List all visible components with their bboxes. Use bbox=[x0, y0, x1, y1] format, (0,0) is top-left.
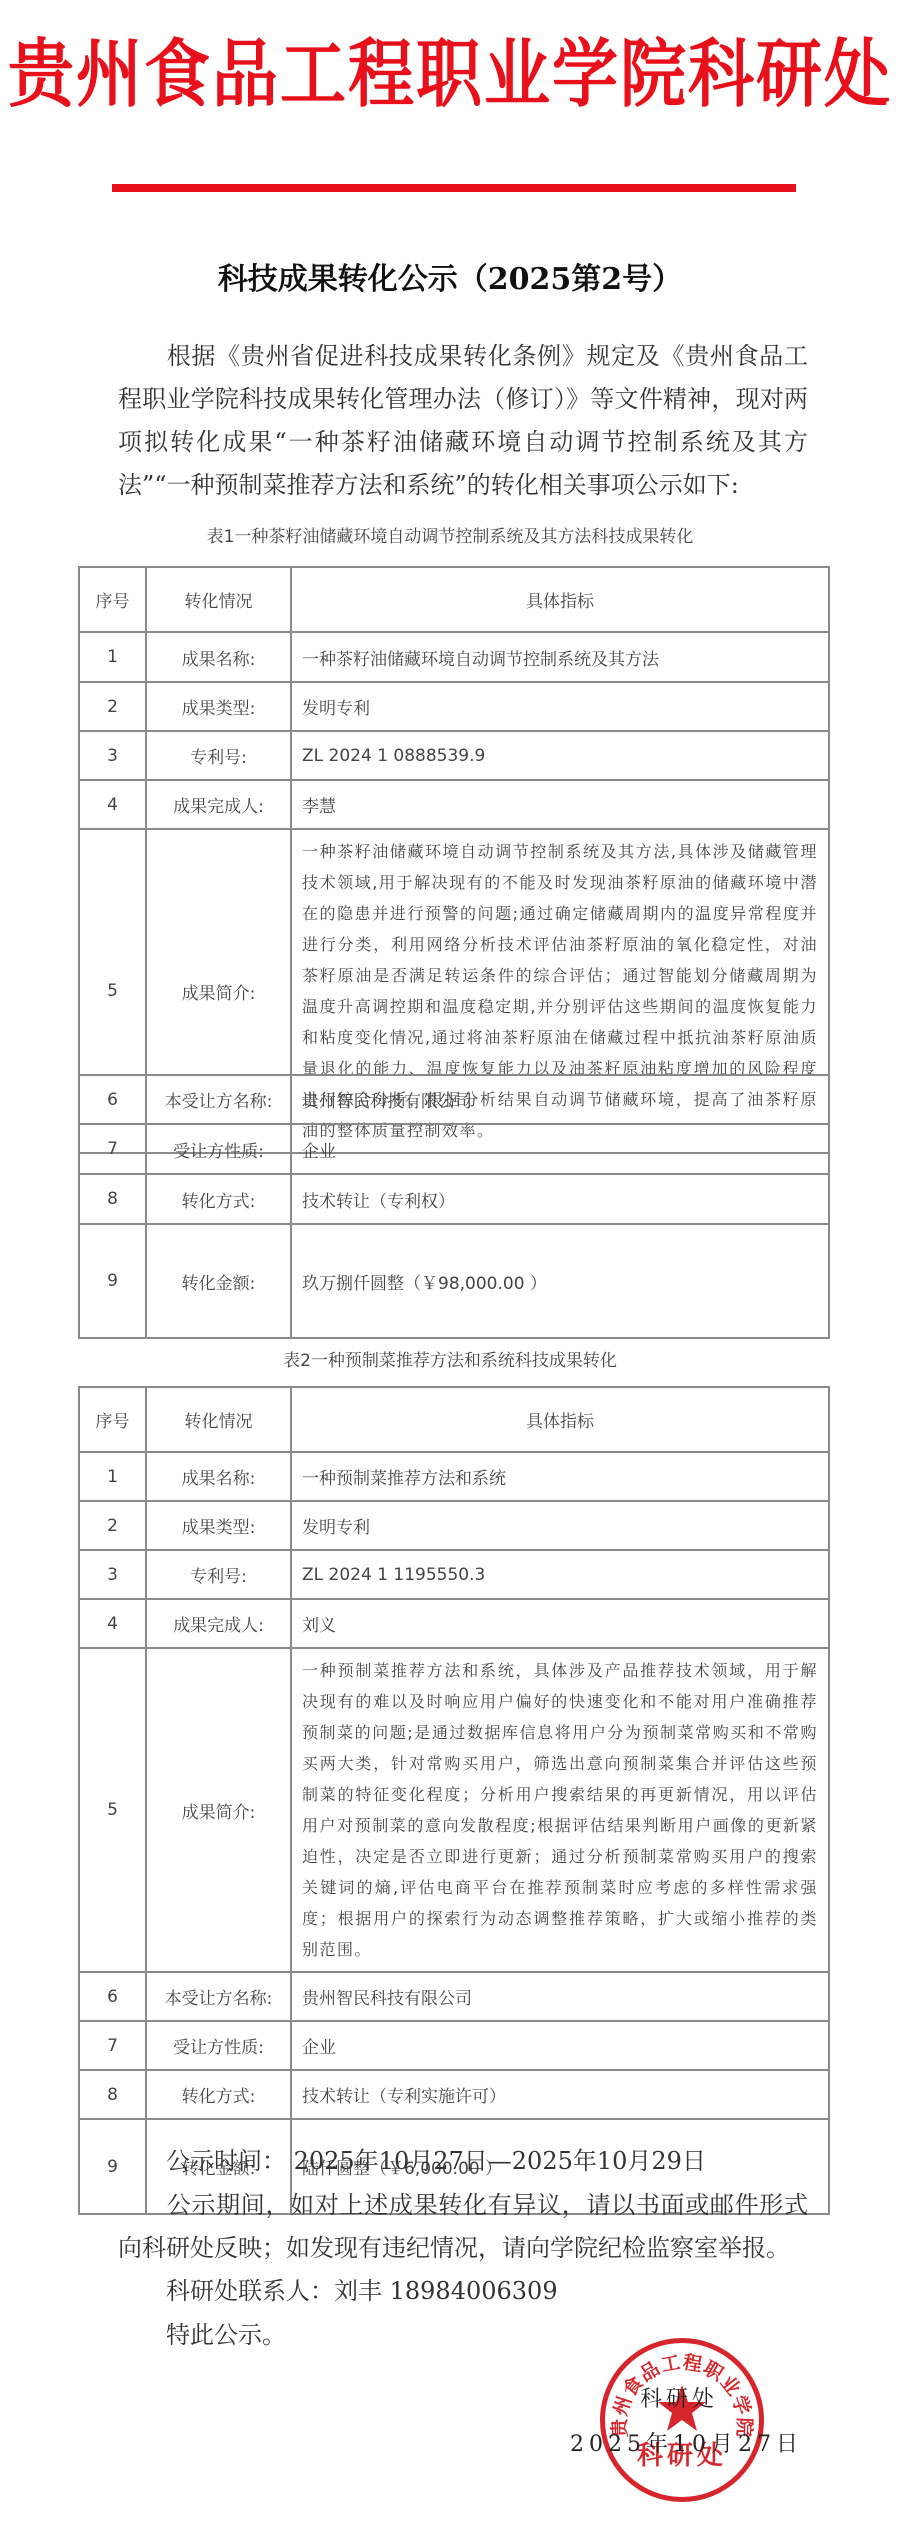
table2-caption: 表2一种预制菜推荐方法和系统科技成果转化 bbox=[0, 1349, 900, 1373]
row-no: 4 bbox=[79, 780, 146, 829]
row-no: 1 bbox=[79, 632, 146, 682]
row-no: 3 bbox=[79, 1550, 146, 1599]
table-row: 2 成果类型: 发明专利 bbox=[79, 682, 829, 731]
table-row: 1 成果名称: 一种预制菜推荐方法和系统 bbox=[79, 1452, 829, 1501]
header-red-divider bbox=[112, 184, 796, 192]
row-value: 发明专利 bbox=[291, 1501, 829, 1550]
table-row: 7 受让方性质: 企业 bbox=[79, 2021, 829, 2070]
row-value: 一种预制菜推荐方法和系统 bbox=[291, 1452, 829, 1501]
col-header-value: 具体指标 bbox=[291, 1387, 829, 1452]
intro-paragraph-text: 根据《贵州省促进科技成果转化条例》规定及《贵州食品工程职业学院科技成果转化管理办… bbox=[118, 342, 808, 499]
row-value: 李慧 bbox=[291, 780, 829, 829]
table1-part2: 6 本受让方名称: 贵州智民科技有限公司 7 受让方性质: 企业 8 转化方式:… bbox=[78, 1074, 830, 1339]
objection-paragraph: 公示期间，如对上述成果转化有异议，请以书面或邮件形式向科研处反映；如发现有违纪情… bbox=[118, 2184, 808, 2270]
table-row: 6 本受让方名称: 贵州智民科技有限公司 bbox=[79, 1075, 829, 1124]
row-no: 7 bbox=[79, 2021, 146, 2070]
row-value: ZL 2024 1 1195550.3 bbox=[291, 1550, 829, 1599]
row-value: 贵州智民科技有限公司 bbox=[291, 1075, 829, 1124]
table-row: 6 本受让方名称: 贵州智民科技有限公司 bbox=[79, 1972, 829, 2021]
col-header-no: 序号 bbox=[79, 567, 146, 632]
row-value: 贵州智民科技有限公司 bbox=[291, 1972, 829, 2021]
row-value: 企业 bbox=[291, 2021, 829, 2070]
row-item: 成果名称: bbox=[146, 632, 291, 682]
document-title: 科技成果转化公示（2025第2号） bbox=[0, 258, 900, 302]
table-row: 4 成果完成人: 刘义 bbox=[79, 1599, 829, 1648]
row-item: 成果完成人: bbox=[146, 780, 291, 829]
col-header-value: 具体指标 bbox=[291, 567, 829, 632]
col-header-item: 转化情况 bbox=[146, 567, 291, 632]
row-item: 成果简介: bbox=[146, 1648, 291, 1972]
row-amount: 玖万捌仟圆整（￥98,000.00 ） bbox=[291, 1224, 829, 1338]
row-no: 7 bbox=[79, 1124, 146, 1174]
row-no: 3 bbox=[79, 731, 146, 780]
table-row: 8 转化方式: 技术转让（专利权） bbox=[79, 1174, 829, 1224]
row-item: 转化方式: bbox=[146, 2070, 291, 2119]
table-row: 4 成果完成人: 李慧 bbox=[79, 780, 829, 829]
table-row: 3 专利号: ZL 2024 1 0888539.9 bbox=[79, 731, 829, 780]
table-row: 5 成果简介: 一种预制菜推荐方法和系统，具体涉及产品推荐技术领域，用于解决现有… bbox=[79, 1648, 829, 1972]
row-item: 成果完成人: bbox=[146, 1599, 291, 1648]
table-row: 3 专利号: ZL 2024 1 1195550.3 bbox=[79, 1550, 829, 1599]
table1-header-row: 序号 转化情况 具体指标 bbox=[79, 567, 829, 632]
row-item: 受让方性质: bbox=[146, 1124, 291, 1174]
row-no: 8 bbox=[79, 2070, 146, 2119]
row-no: 6 bbox=[79, 1972, 146, 2021]
row-item: 转化金额: bbox=[146, 1224, 291, 1338]
table-row: 8 转化方式: 技术转让（专利实施许可） bbox=[79, 2070, 829, 2119]
table-row: 9 转化金额: 玖万捌仟圆整（￥98,000.00 ） bbox=[79, 1224, 829, 1338]
official-seal: 贵州食品工程职业学院 科研处 bbox=[600, 2338, 764, 2502]
row-item: 受让方性质: bbox=[146, 2021, 291, 2070]
row-value: 发明专利 bbox=[291, 682, 829, 731]
intro-paragraph: 根据《贵州省促进科技成果转化条例》规定及《贵州食品工程职业学院科技成果转化管理办… bbox=[118, 335, 808, 507]
row-value: 刘义 bbox=[291, 1599, 829, 1648]
publicity-period: 公示时间： 2025年10月27日—2025年10月29日 bbox=[118, 2140, 866, 2183]
row-value: 企业 bbox=[291, 1124, 829, 1174]
row-value: 一种茶籽油储藏环境自动调节控制系统及其方法 bbox=[291, 632, 829, 682]
signature-department: 科研处 bbox=[640, 2382, 718, 2413]
table-row: 1 成果名称: 一种茶籽油储藏环境自动调节控制系统及其方法 bbox=[79, 632, 829, 682]
table1-caption: 表1一种茶籽油储藏环境自动调节控制系统及其方法科技成果转化 bbox=[0, 525, 900, 549]
row-no: 4 bbox=[79, 1599, 146, 1648]
row-value: 技术转让（专利实施许可） bbox=[291, 2070, 829, 2119]
row-item: 本受让方名称: bbox=[146, 1972, 291, 2021]
contact-line: 科研处联系人：刘丰 18984006309 bbox=[118, 2270, 866, 2313]
row-item: 专利号: bbox=[146, 1550, 291, 1599]
table1-part1: 序号 转化情况 具体指标 1 成果名称: 一种茶籽油储藏环境自动调节控制系统及其… bbox=[78, 566, 830, 1154]
row-no: 8 bbox=[79, 1174, 146, 1224]
row-value: 技术转让（专利权） bbox=[291, 1174, 829, 1224]
row-item: 成果名称: bbox=[146, 1452, 291, 1501]
table-row: 2 成果类型: 发明专利 bbox=[79, 1501, 829, 1550]
row-value: ZL 2024 1 0888539.9 bbox=[291, 731, 829, 780]
row-no: 5 bbox=[79, 1648, 146, 1972]
col-header-item: 转化情况 bbox=[146, 1387, 291, 1452]
signature-date: 2025年10月27日 bbox=[570, 2427, 803, 2458]
table2: 序号 转化情况 具体指标 1 成果名称: 一种预制菜推荐方法和系统 2 成果类型… bbox=[78, 1386, 830, 2215]
organization-header-title: 贵州食品工程职业学院科研处 bbox=[0, 25, 900, 126]
row-no: 1 bbox=[79, 1452, 146, 1501]
row-item: 专利号: bbox=[146, 731, 291, 780]
row-item: 成果类型: bbox=[146, 1501, 291, 1550]
row-no: 9 bbox=[79, 1224, 146, 1338]
row-no: 2 bbox=[79, 682, 146, 731]
row-description: 一种预制菜推荐方法和系统，具体涉及产品推荐技术领域，用于解决现有的难以及时响应用… bbox=[291, 1648, 829, 1972]
row-item: 本受让方名称: bbox=[146, 1075, 291, 1124]
col-header-no: 序号 bbox=[79, 1387, 146, 1452]
row-item: 成果类型: bbox=[146, 682, 291, 731]
objection-text: 公示期间，如对上述成果转化有异议，请以书面或邮件形式向科研处反映；如发现有违纪情… bbox=[118, 2191, 808, 2262]
row-item: 转化方式: bbox=[146, 1174, 291, 1224]
table-row: 7 受让方性质: 企业 bbox=[79, 1124, 829, 1174]
table2-header-row: 序号 转化情况 具体指标 bbox=[79, 1387, 829, 1452]
row-no: 2 bbox=[79, 1501, 146, 1550]
row-no: 6 bbox=[79, 1075, 146, 1124]
